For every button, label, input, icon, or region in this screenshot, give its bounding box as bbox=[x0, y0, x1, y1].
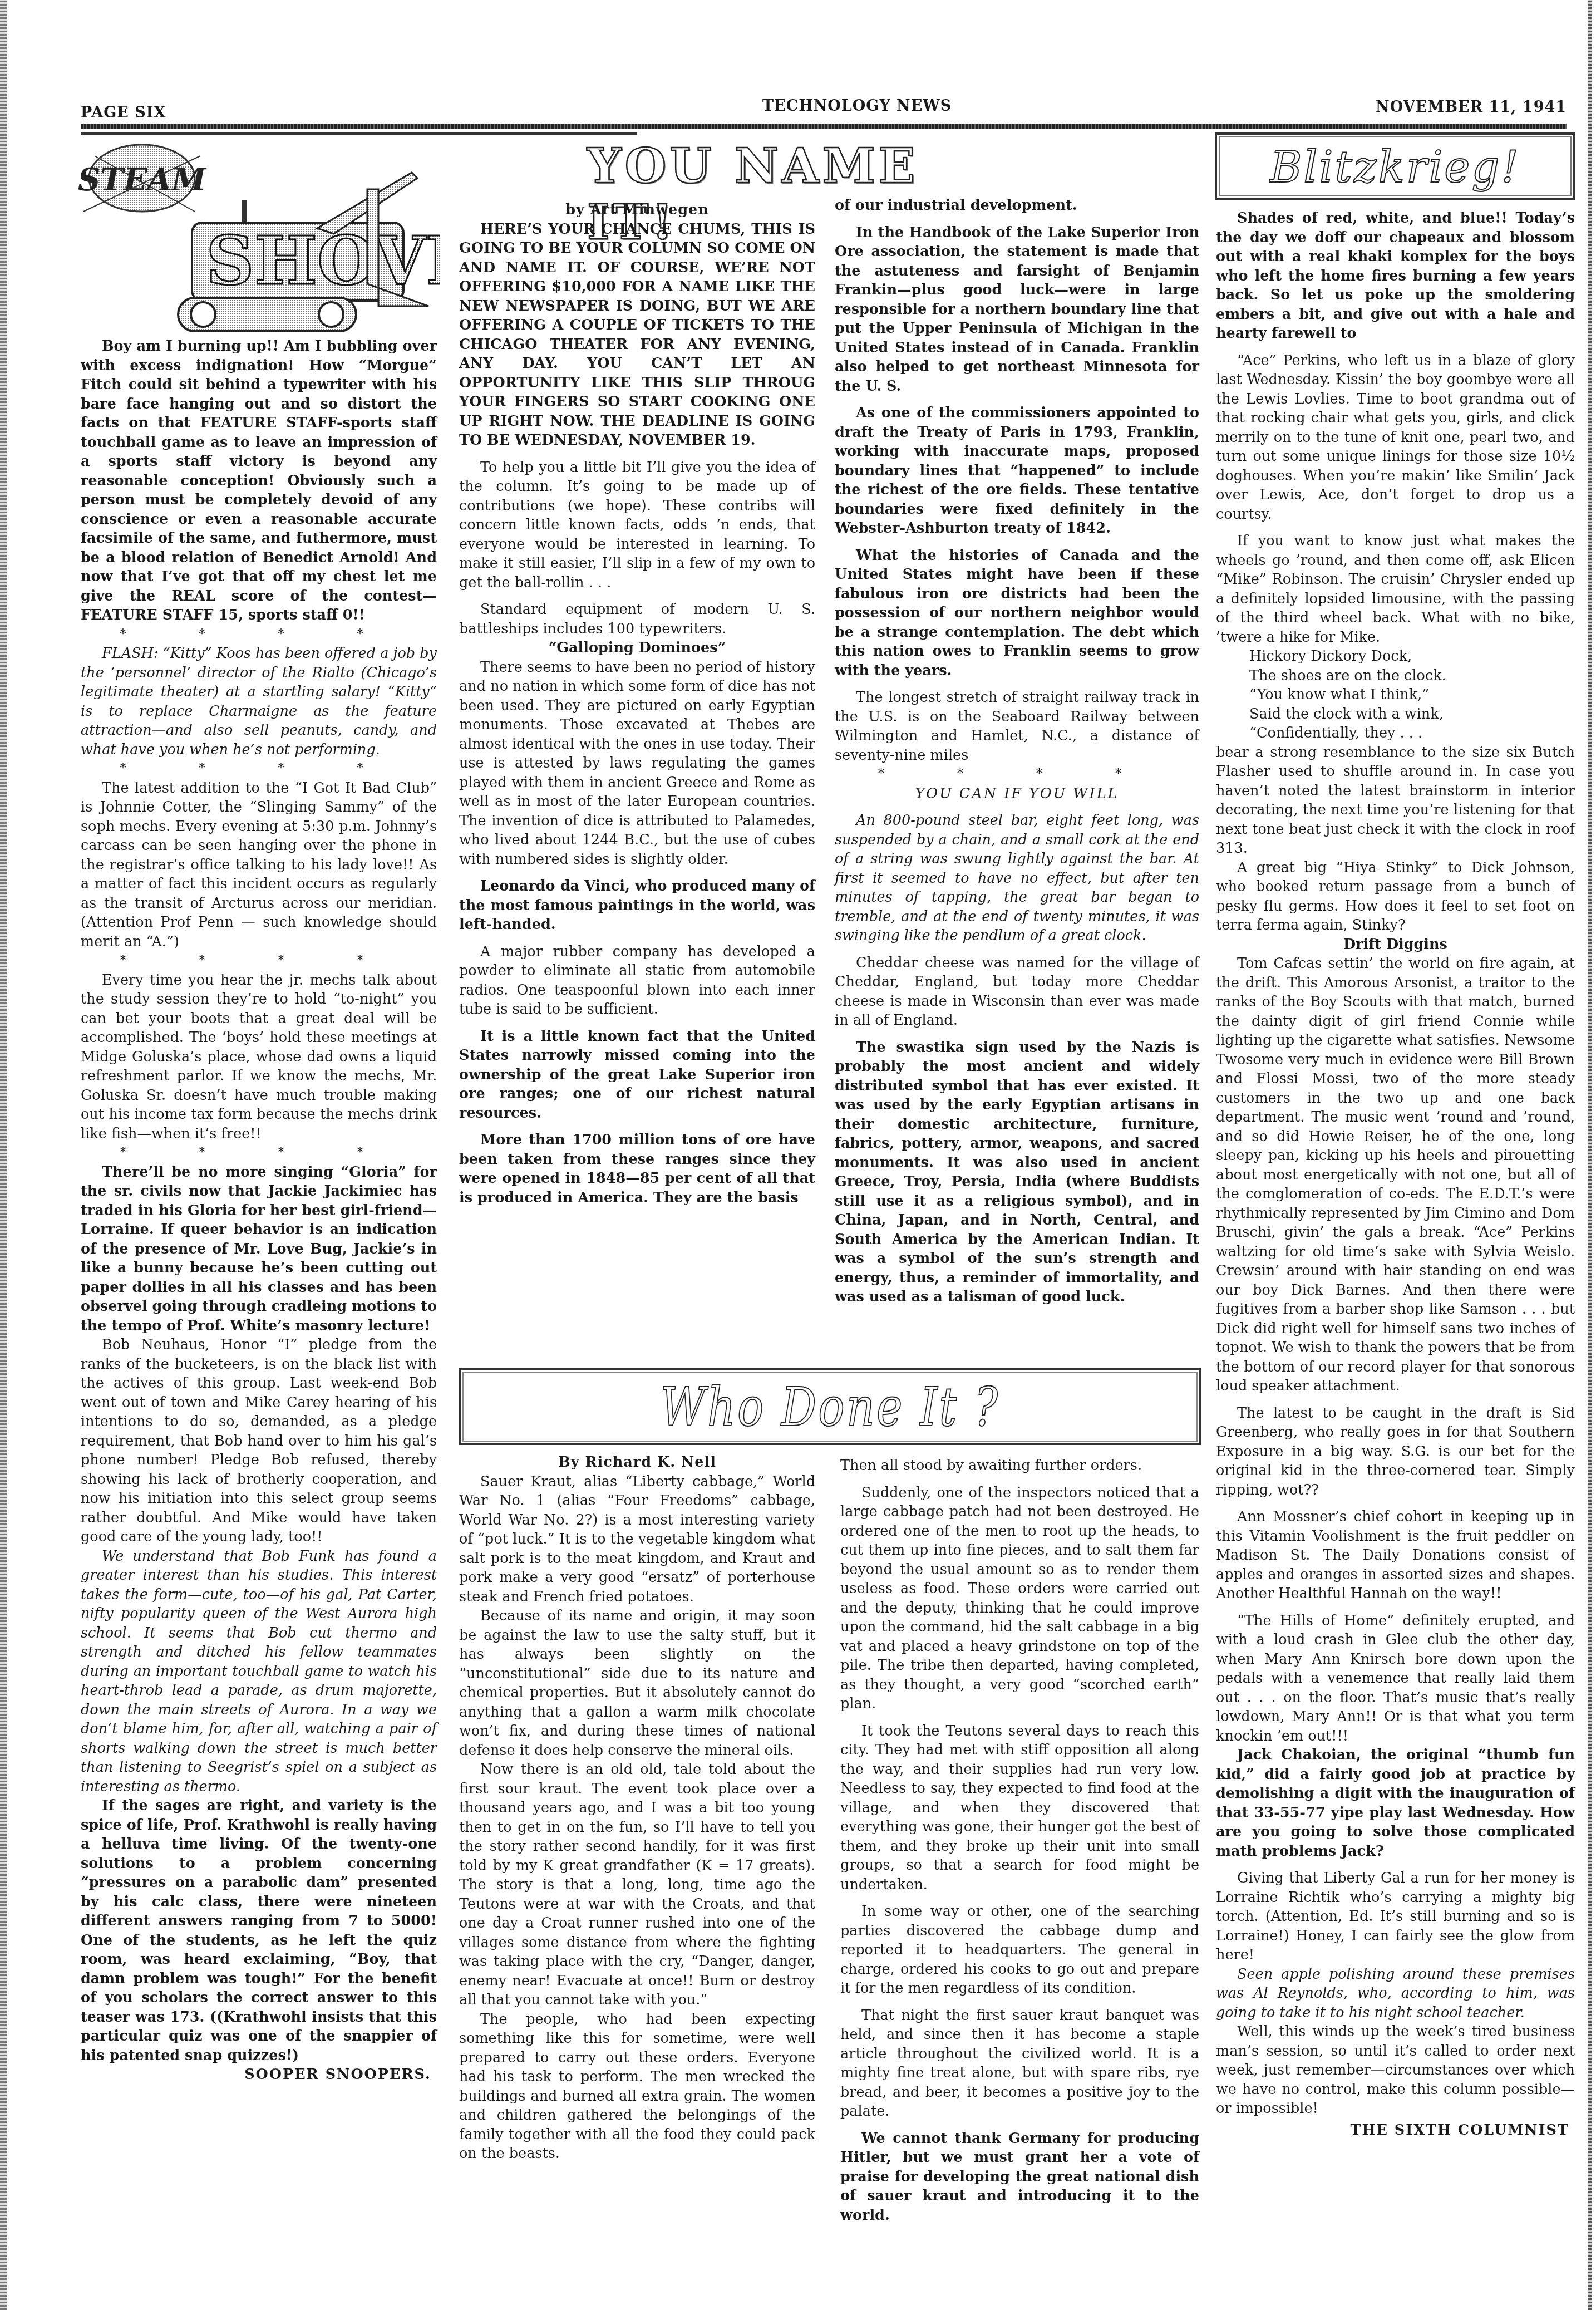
article-paragraph: Ann Mossner’s chief cohort in keeping up… bbox=[1216, 1507, 1575, 1604]
poem-line: The shoes are on the clock. bbox=[1216, 666, 1575, 686]
article-paragraph: Boy am I burning up!! Am I bubbling over… bbox=[81, 337, 437, 625]
masthead-rule-secondary bbox=[81, 132, 637, 135]
article-paragraph: Suddenly, one of the inspectors noticed … bbox=[840, 1483, 1199, 1714]
scan-edge-right bbox=[1588, 0, 1592, 2310]
article-paragraph: Giving that Liberty Gal a run for her mo… bbox=[1216, 1869, 1575, 1965]
article-paragraph: There seems to have been no period of hi… bbox=[459, 658, 815, 869]
article-paragraph: In the Handbook of the Lake Superior Iro… bbox=[835, 223, 1199, 396]
steam-shovel-icon: STEAM SHOVEL bbox=[78, 139, 440, 334]
issue-date: NOVEMBER 11, 1941 bbox=[1376, 99, 1567, 116]
article-paragraph: “The Hills of Home” definitely erupted, … bbox=[1216, 1611, 1575, 1746]
steam-shovel-logo: STEAM SHOVEL bbox=[78, 139, 440, 334]
column-signature: THE SIXTH COLUMNIST bbox=[1216, 2121, 1575, 2140]
article-paragraph: Every time you hear the jr. mechs talk a… bbox=[81, 971, 437, 1144]
column-who-done-it-right: Then all stood by awaiting further order… bbox=[840, 1456, 1199, 2225]
article-paragraph: We understand that Bob Funk has found a … bbox=[81, 1547, 437, 1797]
article-paragraph: The longest stretch of straight railway … bbox=[835, 688, 1199, 765]
article-paragraph: The people, who had been expecting somet… bbox=[459, 2010, 815, 2164]
article-paragraph: Because of its name and origin, it may s… bbox=[459, 1606, 815, 1760]
svg-text:SHOVEL: SHOVEL bbox=[206, 222, 440, 300]
svg-text:STEAM: STEAM bbox=[78, 161, 207, 198]
article-paragraph: Now there is an old old, tale told about… bbox=[459, 1760, 815, 2010]
article-paragraph: What the histories of Canada and the Uni… bbox=[835, 546, 1199, 681]
article-paragraph: Then all stood by awaiting further order… bbox=[840, 1456, 1199, 1476]
article-paragraph: We cannot thank Germany for producing Hi… bbox=[840, 2129, 1199, 2225]
article-paragraph: If you want to know just what makes the … bbox=[1216, 532, 1575, 647]
article-paragraph: More than 1700 million tons of ore have … bbox=[459, 1131, 815, 1207]
article-paragraph: It is a little known fact that the Unite… bbox=[459, 1027, 815, 1123]
separator-stars: * * * * bbox=[81, 625, 437, 645]
masthead: PAGE SIX TECHNOLOGY NEWS NOVEMBER 11, 19… bbox=[81, 97, 1567, 120]
separator-stars: * * * * bbox=[835, 765, 1199, 784]
article-paragraph: Well, this winds up the week’s tired bus… bbox=[1216, 2022, 1575, 2119]
article-paragraph: The swastika sign used by the Nazis is p… bbox=[835, 1038, 1199, 1307]
page-number: PAGE SIX bbox=[81, 104, 166, 121]
subheading: “Galloping Dominoes” bbox=[459, 638, 815, 658]
poem-line: “Confidentially, they . . . bbox=[1216, 724, 1575, 743]
article-paragraph: A great big “Hiya Stinky” to Dick Johnso… bbox=[1216, 858, 1575, 935]
article-paragraph: It took the Teutons several days to reac… bbox=[840, 1722, 1199, 1895]
article-paragraph: If the sages are right, and variety is t… bbox=[81, 1796, 437, 2065]
article-paragraph: bear a strong resemblance to the size si… bbox=[1216, 743, 1575, 858]
article-paragraph: “Ace” Perkins, who left us in a blaze of… bbox=[1216, 351, 1575, 524]
separator-stars: * * * * bbox=[81, 759, 437, 779]
article-paragraph: To help you a little bit I’ll give you t… bbox=[459, 458, 815, 593]
who-done-it-banner: Who Done It ? bbox=[459, 1368, 1201, 1445]
article-paragraph: The latest to be caught in the draft is … bbox=[1216, 1404, 1575, 1500]
article-paragraph: As one of the commissioners appointed to… bbox=[835, 404, 1199, 538]
article-paragraph: That night the first sauer kraut banquet… bbox=[840, 2006, 1199, 2121]
article-paragraph: An 800-pound steel bar, eight feet long,… bbox=[835, 811, 1199, 946]
column-blitzkrieg: Shades of red, white, and blue!! Today’s… bbox=[1216, 209, 1575, 2140]
byline: By Richard K. Nell bbox=[459, 1453, 815, 1472]
column-you-name-it-right: of our industrial development. In the Ha… bbox=[835, 196, 1199, 1307]
article-paragraph: Tom Cafcas settin’ the world on fire aga… bbox=[1216, 954, 1575, 1396]
separator-stars: * * * * bbox=[81, 1143, 437, 1163]
article-paragraph: The latest addition to the “I Got It Bad… bbox=[81, 779, 437, 952]
subheading: YOU CAN IF YOU WILL bbox=[835, 784, 1199, 804]
headline-blitzkrieg: Blitzkrieg! bbox=[1217, 142, 1573, 193]
byline: by Art Minwegen bbox=[459, 200, 815, 220]
article-paragraph: Jack Chakoian, the original “thumb fun k… bbox=[1216, 1746, 1575, 1861]
article-paragraph: There’ll be no more singing “Gloria” for… bbox=[81, 1163, 437, 1336]
article-paragraph: Leonardo da Vinci, who produced many of … bbox=[459, 877, 815, 935]
poem-line: “You know what I think,” bbox=[1216, 685, 1575, 705]
poem-line: Said the clock with a wink, bbox=[1216, 705, 1575, 724]
article-paragraph: HERE’S YOUR CHANCE CHUMS, THIS IS GOING … bbox=[459, 220, 815, 450]
newspaper-title: TECHNOLOGY NEWS bbox=[762, 97, 952, 115]
article-paragraph: Standard equipment of modern U. S. battl… bbox=[459, 600, 815, 638]
article-paragraph: In some way or other, one of the searchi… bbox=[840, 1902, 1199, 1998]
article-paragraph: Shades of red, white, and blue!! Today’s… bbox=[1216, 209, 1575, 343]
headline-who-done-it: Who Done It ? bbox=[528, 1376, 1132, 1438]
column-who-done-it-left: By Richard K. Nell Sauer Kraut, alias “L… bbox=[459, 1453, 815, 2164]
column-steam-shovel: Boy am I burning up!! Am I bubbling over… bbox=[81, 337, 437, 2085]
article-paragraph: Sauer Kraut, alias “Liberty cabbage,” Wo… bbox=[459, 1472, 815, 1607]
article-paragraph: of our industrial development. bbox=[835, 196, 1199, 215]
article-paragraph: A major rubber company has developed a p… bbox=[459, 942, 815, 1019]
blitzkrieg-banner: Blitzkrieg! bbox=[1215, 132, 1575, 200]
article-paragraph: Seen apple polishing around these premis… bbox=[1216, 1965, 1575, 2023]
article-paragraph: Cheddar cheese was named for the village… bbox=[835, 954, 1199, 1030]
column-signature: SOOPER SNOOPERS. bbox=[81, 2065, 437, 2085]
scan-edge-left bbox=[0, 0, 7, 2310]
separator-stars: * * * * bbox=[81, 951, 437, 971]
article-paragraph: FLASH: “Kitty” Koos has been offered a j… bbox=[81, 644, 437, 759]
subheading: Drift Diggins bbox=[1216, 935, 1575, 955]
masthead-rule bbox=[81, 124, 1567, 129]
article-paragraph: Bob Neuhaus, Honor “I” pledge from the r… bbox=[81, 1335, 437, 1547]
column-you-name-it-left: by Art Minwegen HERE’S YOUR CHANCE CHUMS… bbox=[459, 200, 815, 1207]
poem-line: Hickory Dickory Dock, bbox=[1216, 647, 1575, 666]
